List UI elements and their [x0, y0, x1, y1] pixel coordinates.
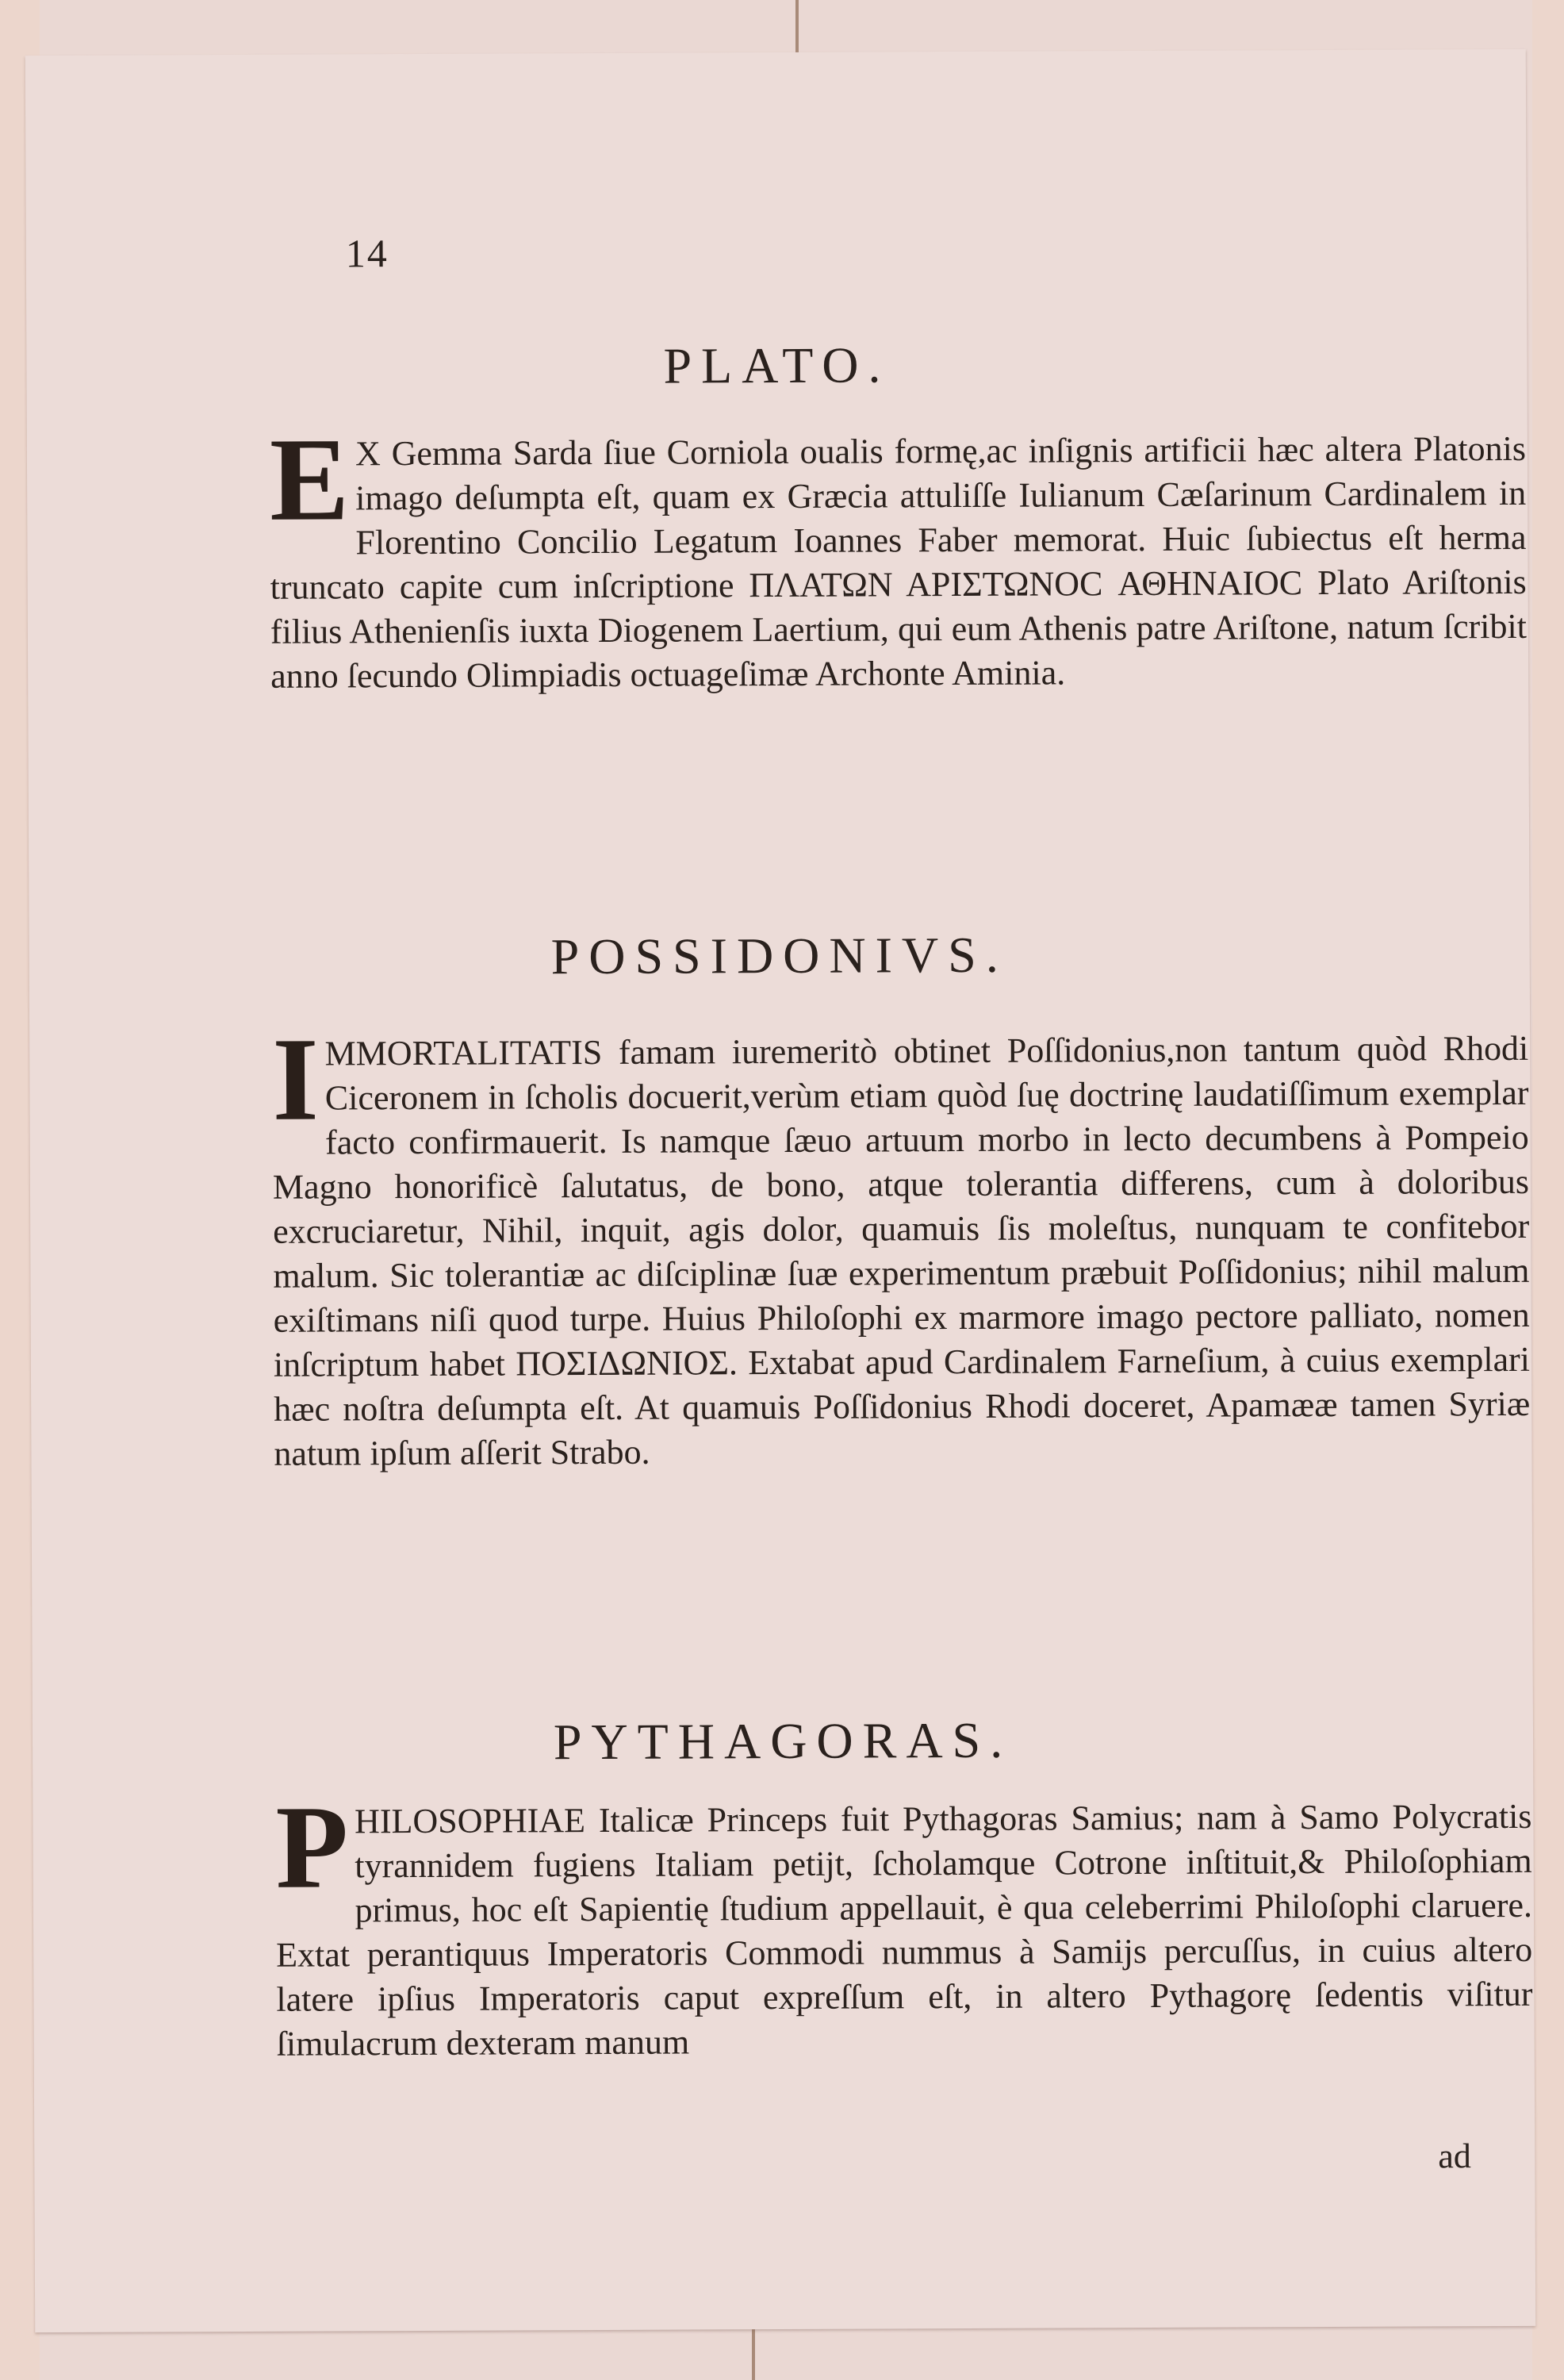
- section-title-possidonius: POSSIDONIVS.: [29, 923, 1530, 988]
- section-title-pythagoras: PYTHAGORAS.: [33, 1709, 1533, 1774]
- section-body-plato: E X Gemma Sarda ſiue Corniola oualis for…: [270, 427, 1527, 699]
- page-number: 14: [346, 230, 389, 276]
- dropcap-e: E: [270, 435, 350, 524]
- section-title-plato: PLATO.: [26, 333, 1527, 398]
- section-body-possidonius: I MMORTALITATIS famam iuremeritò obtinet…: [272, 1027, 1530, 1476]
- paragraph-possidonius: MMORTALITATIS famam iuremeritò obtinet P…: [273, 1029, 1530, 1473]
- section-body-pythagoras: P HILOSOPHIAE Italicæ Princeps fuit Pyth…: [275, 1795, 1532, 2067]
- paragraph-plato: X Gemma Sarda ſiue Corniola oualis formę…: [270, 429, 1527, 696]
- dropcap-i: I: [272, 1035, 319, 1124]
- dropcap-p: P: [275, 1802, 348, 1891]
- catchword: ad: [1438, 2136, 1471, 2176]
- page-gutter-top: [795, 0, 799, 54]
- backdrop-right: [1532, 0, 1564, 2380]
- book-page: 14 PLATO. E X Gemma Sarda ſiue Corniola …: [25, 49, 1536, 2332]
- paragraph-pythagoras: HILOSOPHIAE Italicæ Princeps fuit Pythag…: [276, 1797, 1532, 2063]
- page-gutter-bottom: [752, 2324, 755, 2380]
